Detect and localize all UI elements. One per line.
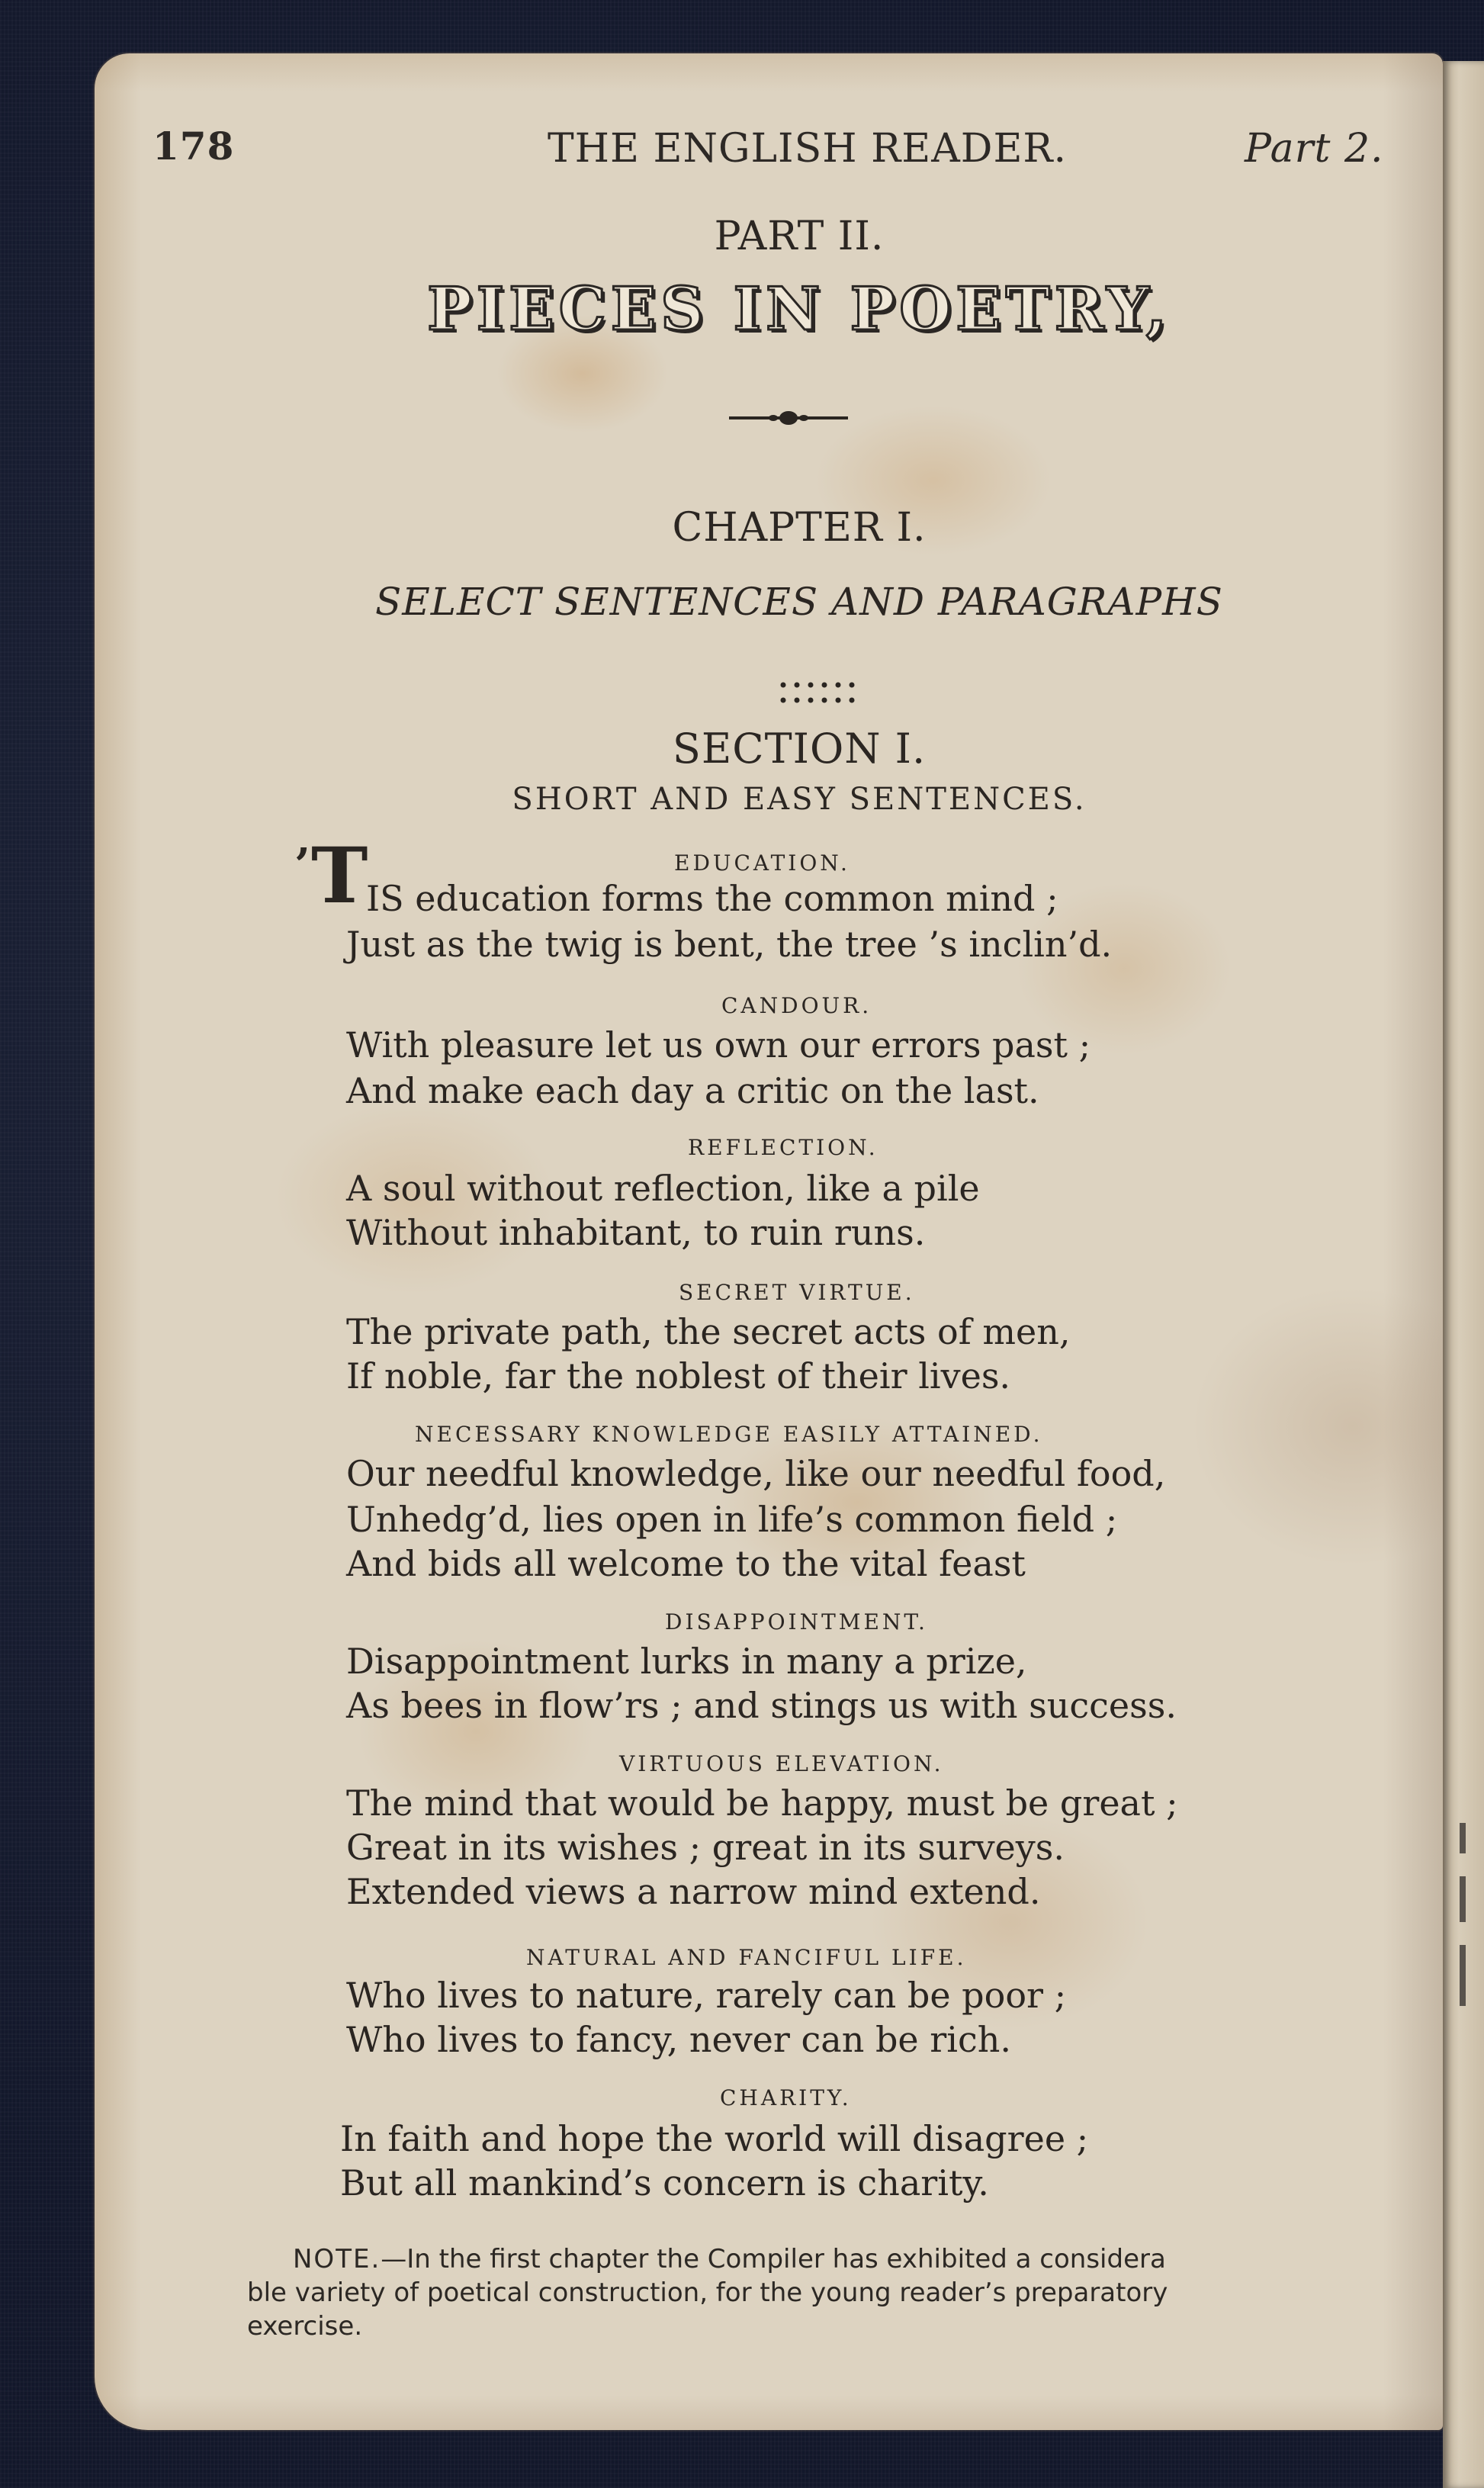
verse-line: As bees in flow’rs ; and stings us with … xyxy=(346,1683,1177,1728)
verse-line: But all mankind’s concern is charity. xyxy=(340,2160,989,2206)
adjacent-page-edge xyxy=(1443,61,1484,2488)
running-part: Part 2. xyxy=(1245,126,1384,172)
adjacent-page-ink-mark xyxy=(1460,1823,1466,1853)
verse-line: The mind that would be happy, must be gr… xyxy=(346,1780,1178,1826)
entry-title: CANDOUR. xyxy=(721,993,872,1018)
verse-line: And make each day a critic on the last. xyxy=(346,1068,1039,1114)
verse-line: Great in its wishes ; great in its surve… xyxy=(346,1824,1065,1870)
dot-ornament-icon xyxy=(777,677,861,708)
running-title: THE ENGLISH READER. xyxy=(548,126,1067,172)
drop-cap: T xyxy=(311,837,368,914)
adjacent-page-ink-mark xyxy=(1460,1945,1466,2006)
section-heading: SECTION I. xyxy=(125,725,1473,773)
verse-line: Unhedg’d, lies open in life’s common fie… xyxy=(346,1496,1117,1542)
verse-line: Just as the twig is bent, the tree ’s in… xyxy=(346,921,1112,967)
part-title: PIECES IN POETRY, xyxy=(125,275,1473,344)
section-subtitle: SHORT AND EASY SENTENCES. xyxy=(125,782,1473,817)
verse-line: And bids all welcome to the vital feast xyxy=(346,1541,1026,1586)
note-text-line: ble variety of poetical construction, fo… xyxy=(247,2276,1360,2310)
verse-line: The private path, the secret acts of men… xyxy=(346,1309,1070,1355)
note-label: NOTE. xyxy=(293,2244,381,2274)
entry-title: DISAPPOINTMENT. xyxy=(665,1609,928,1635)
part-label: PART II. xyxy=(125,214,1473,259)
drop-cap-apostrophe: ’ xyxy=(294,839,310,892)
adjacent-page-ink-mark xyxy=(1460,1876,1466,1922)
verse-line: With pleasure let us own our errors past… xyxy=(346,1022,1091,1068)
chapter-heading: CHAPTER I. xyxy=(125,505,1473,551)
page-number: 178 xyxy=(153,124,234,169)
verse-line: IS education forms the common mind ; xyxy=(366,876,1058,921)
compiler-note: NOTE.—In the first chapter the Compiler … xyxy=(247,2242,1360,2343)
verse-line: Who lives to nature, rarely can be poor … xyxy=(346,1972,1066,2018)
entry-title: NECESSARY KNOWLEDGE EASILY ATTAINED. xyxy=(415,1422,1043,1447)
entry-title: SECRET VIRTUE. xyxy=(679,1280,915,1305)
entry-title: EDUCATION. xyxy=(674,850,850,876)
verse-line: Extended views a narrow mind extend. xyxy=(346,1869,1040,1914)
entry-title: REFLECTION. xyxy=(688,1135,879,1160)
book-page: 178 THE ENGLISH READER. Part 2. PART II.… xyxy=(95,53,1443,2430)
verse-line: Who lives to fancy, never can be rich. xyxy=(346,2017,1011,2062)
note-text-line: exercise. xyxy=(247,2310,1360,2343)
verse-line: Without inhabitant, to ruin runs. xyxy=(346,1210,925,1255)
entry-title: VIRTUOUS ELEVATION. xyxy=(619,1751,944,1776)
verse-line: Disappointment lurks in many a prize, xyxy=(346,1638,1027,1684)
entry-title: CHARITY. xyxy=(720,2085,852,2110)
chapter-subtitle: SELECT SENTENCES AND PARAGRAPHS xyxy=(125,580,1473,624)
verse-line: Our needful knowledge, like our needful … xyxy=(346,1451,1165,1496)
rule-ornament-icon xyxy=(728,409,850,427)
entry-title: NATURAL AND FANCIFUL LIFE. xyxy=(526,1945,966,1970)
verse-line: In faith and hope the world will disagre… xyxy=(340,2116,1088,2162)
note-text-line: —In the first chapter the Compiler has e… xyxy=(381,2244,1166,2274)
verse-line: A soul without reflection, like a pile xyxy=(346,1165,980,1211)
verse-line: If noble, far the noblest of their lives… xyxy=(346,1353,1010,1399)
